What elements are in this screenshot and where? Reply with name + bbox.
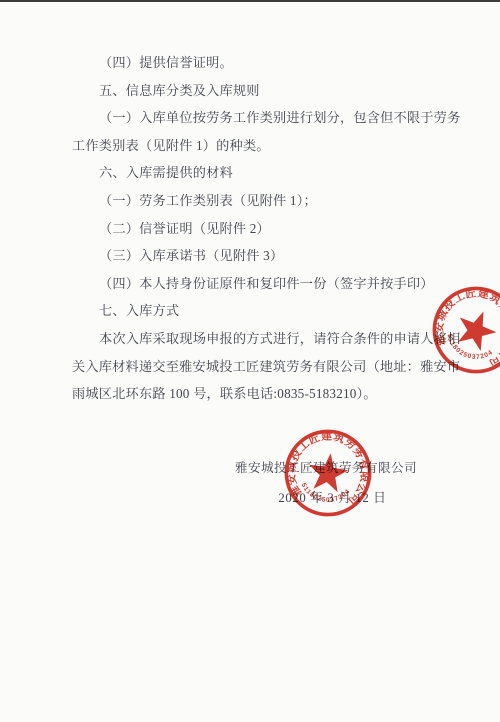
document-line: （一）劳务工作类别表（见附件 1）； [72,187,456,215]
document-line: （二）信誉证明（见附件 2） [72,215,456,243]
seal-star-icon [306,451,350,494]
scanned-document-page: （四）提供信誉证明。 五、信息库分类及入库规则 （一）入库单位按劳务工作类别进行… [0,0,500,722]
scan-edge-artifact [0,0,500,2]
document-line: （四）本人持身份证原件和复印件一份（签字并按手印） [72,270,456,298]
document-line: 雨城区北环东路 100 号，联系电话:0835-5183210）。 [72,380,456,408]
document-line: 五、信息库分类及入库规则 [72,77,456,105]
document-line: 关入库材料递交至雅安城投工匠建筑劳务有限公司（地址：雅安市 [72,353,456,381]
document-line: （四）提供信誉证明。 [72,49,456,77]
document-line: 六、入库需提供的材料 [72,159,456,187]
document-line: 本次入库采取现场申报的方式进行，请符合条件的申请人将相 [72,325,456,353]
official-seal-bottom: 雅安城投工匠建筑劳务有限公司 5118025037204 [269,414,386,531]
document-line: 工作类别表（见附件 1）的种类。 [72,132,456,160]
document-body: （四）提供信誉证明。 五、信息库分类及入库规则 （一）入库单位按劳务工作类别进行… [72,49,456,408]
document-line: 七、入库方式 [72,297,456,325]
document-line: （一）入库单位按劳务工作类别进行划分，包含但不限于劳务 [72,104,456,132]
document-line: （三）入库承诺书（见附件 3） [72,242,456,270]
seal-number-text: 5118025037204 [298,481,353,507]
